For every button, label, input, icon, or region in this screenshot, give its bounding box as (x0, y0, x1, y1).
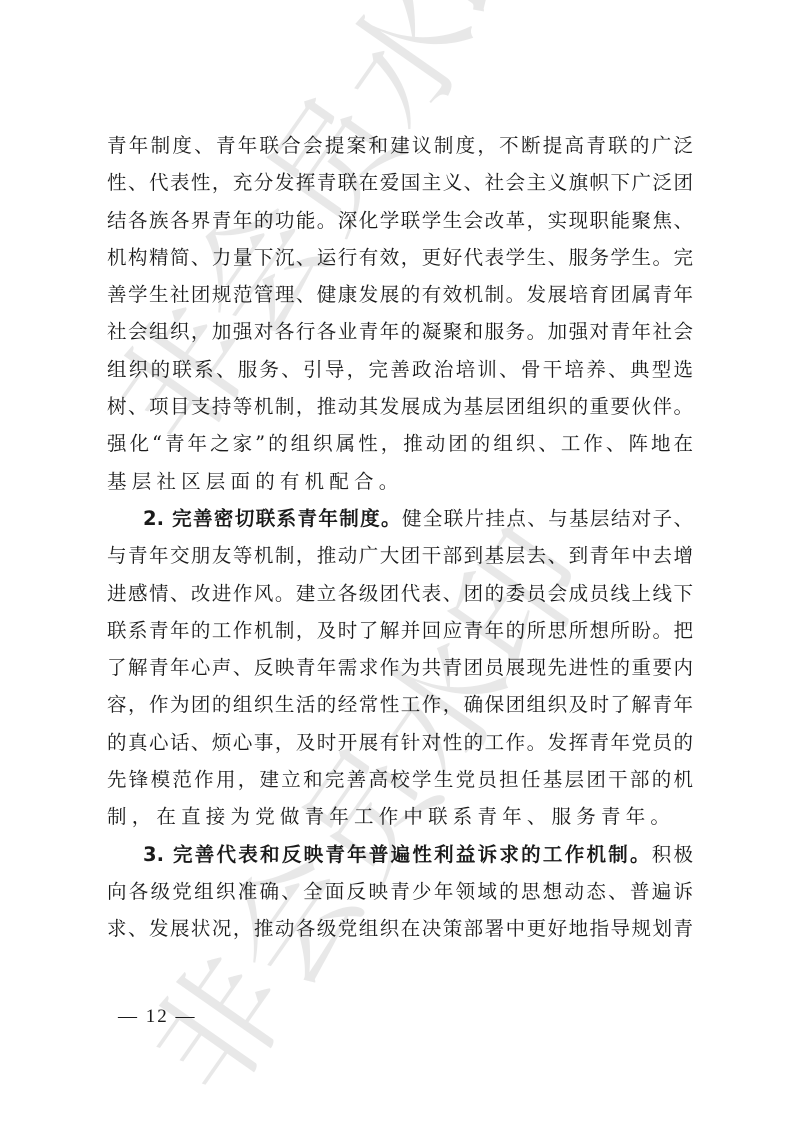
text-line: 机构精简、力量下沉、运行有效，更好代表学生、服务学生。完 (107, 239, 693, 276)
text-line: 的真心话、烦心事，及时开展有针对性的工作。发挥青年党员的 (107, 724, 693, 761)
text-line: 善学生社团规范管理、健康发展的有效机制。发展培育团属青年 (107, 276, 693, 313)
text-line: 性、代表性，充分发挥青联在爱国主义、社会主义旗帜下广泛团 (107, 164, 693, 201)
text-line: 青年制度、青年联合会提案和建议制度，不断提高青联的广泛 (107, 127, 693, 164)
text-line: 树、项目支持等机制，推动其发展成为基层团组织的重要伙伴。 (107, 388, 693, 425)
section-3-first-line: 3. 完善代表和反映青年普遍性利益诉求的工作机制。积极 (107, 836, 693, 873)
text-line: 容，作为团的组织生活的经常性工作，确保团组织及时了解青年 (107, 686, 693, 723)
text-line: 社会组织，加强对各行各业青年的凝聚和服务。加强对青年社会 (107, 313, 693, 350)
text-line: 先锋模范作用，建立和完善高校学生党员担任基层团干部的机 (107, 761, 693, 798)
section-3-heading: 3. 完善代表和反映青年普遍性利益诉求的工作机制。 (143, 843, 652, 866)
page-number: — 12 — (118, 1006, 197, 1028)
text-line: 基层社区层面的有机配合。 (107, 463, 693, 500)
text-line: 组织的联系、服务、引导，完善政治培训、骨干培养、典型选 (107, 351, 693, 388)
section-3-first-text: 积极 (652, 843, 693, 866)
text-line: 与青年交朋友等机制，推动广大团干部到基层去、到青年中去增 (107, 537, 693, 574)
text-line: 联系青年的工作机制，及时了解并回应青年的所思所想所盼。把 (107, 612, 693, 649)
section-2-heading: 2. 完善密切联系青年制度。 (143, 507, 402, 530)
body-text: 青年制度、青年联合会提案和建议制度，不断提高青联的广泛 性、代表性，充分发挥青联… (107, 127, 693, 948)
text-line: 结各族各界青年的功能。深化学联学生会改革，实现职能聚焦、 (107, 202, 693, 239)
text-line: 向各级党组织准确、全面反映青少年领域的思想动态、普遍诉 (107, 873, 693, 910)
text-line: 了解青年心声、反映青年需求作为共青团员展现先进性的重要内 (107, 649, 693, 686)
text-line: 求、发展状况，推动各级党组织在决策部署中更好地指导规划青 (107, 910, 693, 947)
section-2-first-text: 健全联片挂点、与基层结对子、 (402, 507, 693, 530)
section-2-first-line: 2. 完善密切联系青年制度。健全联片挂点、与基层结对子、 (107, 500, 693, 537)
text-line: 制，在直接为党做青年工作中联系青年、服务青年。 (107, 798, 693, 835)
text-line: 进感情、改进作风。建立各级团代表、团的委员会成员线上线下 (107, 575, 693, 612)
document-page: 非会员水印 非会员水印 青年制度、青年联合会提案和建议制度，不断提高青联的广泛 … (0, 0, 793, 1122)
text-line: 强化“青年之家”的组织属性，推动团的组织、工作、阵地在 (107, 425, 693, 462)
